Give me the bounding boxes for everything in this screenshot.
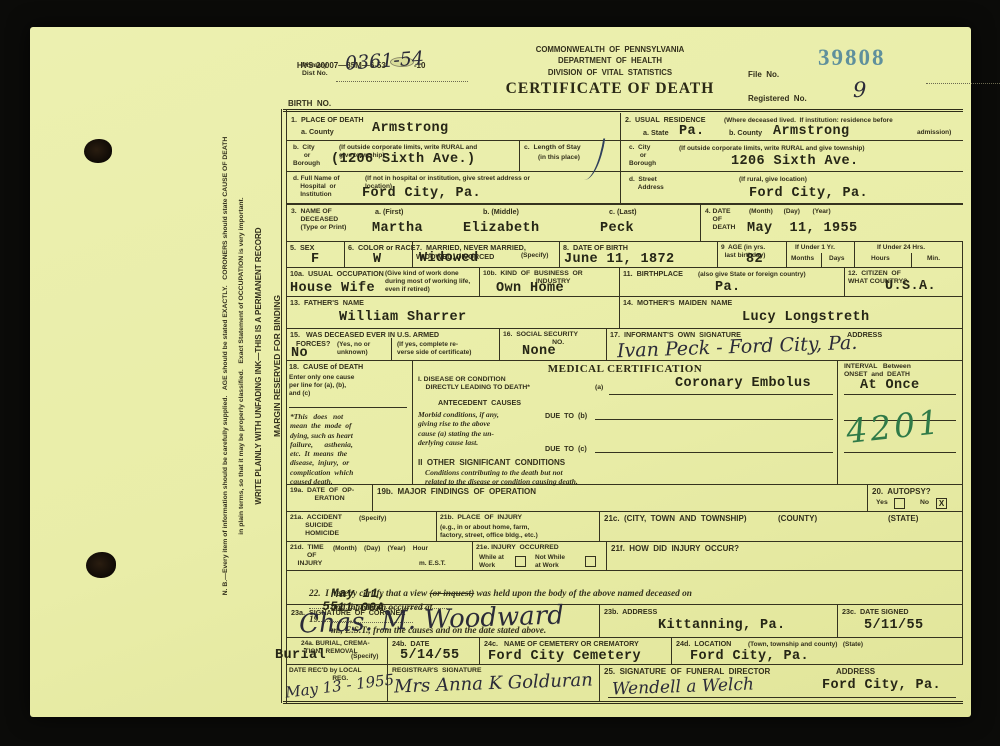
field-coroner-signature: 23a. SIGNATURE OF CORONER Chas. M. Woodw…: [287, 605, 600, 638]
s1-hospital-label: d. Full Name of Hospital or Institution: [293, 175, 340, 198]
left-border-outer: [281, 109, 282, 703]
autopsy-yes-checkbox: [894, 498, 905, 509]
file-no-line: [926, 74, 1000, 84]
s15-note2: (If yes, complete re- verse side of cert…: [397, 341, 471, 357]
s4-cols: (Month) (Day) (Year): [749, 208, 831, 216]
injury-while-at-work-checkbox: [515, 556, 526, 567]
s15-note1: (Yes, no or unknown): [337, 341, 370, 357]
s25-address-label: ADDRESS: [836, 667, 875, 677]
s3-last-label: c. (Last): [609, 208, 637, 217]
s12-value: U.S.A.: [885, 279, 936, 294]
header-rule: [283, 109, 963, 112]
s9-value: 82: [746, 252, 763, 267]
registered-no-label: Registered No.: [748, 94, 807, 104]
field-cause-of-death-margin: 18. CAUSE of DEATH Enter only one cause …: [287, 361, 413, 485]
s2-street-label: d. Street Address: [629, 176, 664, 192]
s21f-label: 21f. HOW DID INJURY OCCUR?: [611, 544, 739, 554]
s14-value: Lucy Longstreth: [742, 310, 870, 325]
s21b-label: 21b. PLACE OF INJURY: [440, 514, 522, 522]
field-citizen-of: 12. CITIZEN OF WHAT COUNTRY? U.S.A.: [845, 268, 963, 297]
field-registrar-signature: REGISTRAR'S SIGNATURE Mrs Anna K Goldura…: [388, 665, 600, 701]
s1-county-label: a. County: [301, 128, 334, 137]
field-date-of-birth: 8. DATE OF BIRTH June 11, 1872: [560, 242, 718, 268]
med-a-tag: (a): [595, 384, 603, 392]
s24b-value: 5/14/55: [400, 648, 460, 663]
s2-city-note: (If outside corporate limits, write RURA…: [679, 145, 865, 153]
s24d-label: 24d. LOCATION: [676, 640, 731, 649]
s20-label: 20. AUTOPSY?: [872, 487, 931, 497]
field-date-of-death: 4. DATE OF DEATH (Month) (Day) (Year) Ma…: [700, 205, 963, 242]
field-major-findings: 19b. MAJOR FINDINGS OF OPERATION: [373, 485, 868, 512]
s21d-cols: (Month) (Day) (Year) Hour: [333, 545, 428, 553]
s9u1-months: Months: [791, 255, 814, 263]
med-morbid-note: Morbid conditions, if any, giving rise t…: [418, 410, 499, 447]
s2-state-label: a. State: [643, 129, 669, 138]
field-birthplace: 11. BIRTHPLACE (also give State or forei…: [620, 268, 845, 297]
punch-hole-top: [84, 139, 112, 163]
binding-margin-notes: N. B.—Every item of information should b…: [222, 28, 282, 704]
field-residence-city: c. City or Borough (If outside corporate…: [620, 141, 963, 172]
s18-footnote: *This does not mean the mode of dying, s…: [290, 412, 353, 486]
s21e-notwhile-label: Not While at Work: [535, 554, 565, 570]
margin-note-nb1: N. B.—Every item of information should b…: [222, 137, 229, 596]
s10a-note: (Give kind of work done during most of w…: [385, 270, 477, 293]
s19b-label: 19b. MAJOR FINDINGS OF OPERATION: [377, 487, 536, 497]
s9u24-hours: Hours: [871, 255, 890, 263]
s21b-note: (e.g., in or about home, farm, factory, …: [440, 524, 538, 540]
med-due-b-label: DUE TO (b): [545, 412, 587, 421]
s23b-label: 23b. ADDRESS: [604, 608, 657, 617]
s10a-label: 10a. USUAL OCCUPATION: [290, 270, 384, 279]
scanned-death-certificate: N. B.—Every item of information should b…: [0, 0, 1000, 746]
s11-value: Pa.: [715, 280, 741, 295]
s2-county-label: b. County: [729, 129, 762, 138]
field-fathers-name: 13. FATHER'S NAME William Sharrer: [287, 297, 620, 329]
field-length-of-stay: c. Length of Stay (in this place): [520, 141, 620, 172]
s2-city-label: c. City or Borough: [629, 144, 656, 167]
s13-label: 13. FATHER'S NAME: [290, 299, 364, 308]
field-usual-occupation: 10a. USUAL OCCUPATION (Give kind of work…: [287, 268, 480, 297]
med-a-value: Coronary Embolus: [675, 376, 811, 391]
s9u1-days: Days: [829, 255, 845, 263]
s15-value: No: [291, 346, 308, 361]
s25-signature: Wendell a Welch: [612, 675, 755, 700]
field-how-did-injury-occur: 21f. HOW DID INJURY OCCUR?: [607, 542, 963, 571]
s23c-value: 5/11/55: [864, 618, 924, 633]
injury-not-while-at-work-checkbox: [585, 556, 596, 567]
field-cemetery-name: 24c. NAME OF CEMETERY OR CREMATORY Ford …: [480, 638, 672, 665]
s23c-label: 23c. DATE SIGNED: [842, 608, 909, 617]
masthead-center: COMMONWEALTH OF PENNSYLVANIA DEPARTMENT …: [465, 45, 755, 98]
med-title: MEDICAL CERTIFICATION: [413, 363, 837, 375]
field-accident-suicide-homicide: 21a. ACCIDENT SUICIDE HOMICIDE (Specify): [287, 512, 437, 542]
s2-note2: admission): [917, 129, 951, 137]
field-injury-occurred: 21e. INJURY OCCURRED While at Work Not W…: [473, 542, 607, 571]
commonwealth-line: COMMONWEALTH OF PENNSYLVANIA: [465, 45, 755, 54]
med-ii-label: II OTHER SIGNIFICANT CONDITIONS: [418, 458, 565, 468]
department-line: DEPARTMENT OF HEALTH: [465, 56, 755, 65]
field-date-signed: 23c. DATE SIGNED 5/11/55: [838, 605, 963, 638]
s2-street-note: (If rural, give location): [739, 176, 807, 184]
punch-hole-bottom: [86, 552, 116, 578]
s2-city-value: 1206 Sixth Ave.: [731, 154, 859, 169]
s24d-value: Ford City, Pa.: [690, 649, 809, 664]
med-ii-note: Conditions contributing to the death but…: [425, 468, 578, 487]
s4-label: 4. DATE OF DEATH: [705, 208, 735, 232]
med-antecedent-label: ANTECEDENT CAUSES: [438, 399, 521, 408]
field-place-of-injury: 21b. PLACE OF INJURY (e.g., in or about …: [437, 512, 600, 542]
s19a-label: 19a. DATE OF OP- ERATION: [290, 487, 354, 503]
med-due-c-label: DUE TO (c): [545, 445, 587, 454]
margin-note-nb2: in plain terms, so that it may be proper…: [238, 197, 245, 534]
s24d-note: (Town, township and county) (State): [748, 641, 863, 649]
s2-county-value: Armstrong: [773, 124, 850, 139]
field-hospital-name: d. Full Name of Hospital or Institution …: [287, 172, 620, 205]
field-place-of-death: 1. PLACE OF DEATH a. County Armstrong: [287, 113, 620, 141]
s1-label: 1. PLACE OF DEATH: [291, 116, 364, 125]
s24a-note: (Specify): [351, 653, 378, 661]
file-no-label: File No.: [748, 70, 779, 80]
field-cemetery-location: 24d. LOCATION (Town, township and county…: [672, 638, 963, 665]
s24c-label: 24c. NAME OF CEMETERY OR CREMATORY: [484, 640, 639, 649]
s1-stay-label: c. Length of Stay: [524, 144, 581, 152]
s7-value: Widowed: [419, 251, 479, 266]
s20-no-label: No: [920, 499, 929, 507]
field-street-address: d. Street Address (If rural, give locati…: [620, 172, 963, 205]
field-coroner-address: 23b. ADDRESS Kittanning, Pa.: [600, 605, 838, 638]
s1-city-label: b. City or Borough: [293, 144, 320, 167]
s16-value: None: [522, 344, 556, 359]
field-interval-column: INTERVAL Between ONSET and DEATH At Once…: [838, 361, 963, 485]
med-code-handwritten: 4201: [844, 402, 944, 451]
field-autopsy: 20. AUTOPSY? Yes No X: [868, 485, 963, 512]
file-number-stamp: 39808: [818, 45, 886, 71]
field-under-24hrs: If Under 24 Hrs. Hours Min.: [855, 242, 963, 268]
s24c-value: Ford City Cemetery: [488, 649, 641, 664]
field-marital-status: 7. MARRIED, NEVER MARRIED, WIDOWED, DIVO…: [413, 242, 560, 268]
s14-label: 14. MOTHER'S MAIDEN NAME: [623, 299, 732, 308]
s1-hospital-value: Ford City, Pa.: [362, 186, 481, 201]
field-mothers-maiden-name: 14. MOTHER'S MAIDEN NAME Lucy Longstreth: [620, 297, 963, 329]
registered-no-value: 9: [853, 78, 866, 102]
field-color-or-race: 6. COLOR or RACE W: [345, 242, 413, 268]
s8-value: June 11, 1872: [564, 252, 675, 267]
field-burial-removal: 24a. BURIAL, CREMA- TION, REMOVAL (Speci…: [287, 638, 388, 665]
s4-value: May 11, 1955: [747, 221, 858, 236]
s21e-label: 21e. INJURY OCCURRED: [476, 544, 559, 552]
field-funeral-director: 25. SIGNATURE OF FUNERAL DIRECTOR ADDRES…: [600, 665, 963, 701]
field-certify-statement: 22. I hereby certify that a view (or inq…: [287, 571, 963, 605]
med-interval-label: INTERVAL Between ONSET and DEATH: [844, 363, 911, 379]
s3-first-value: Martha: [372, 221, 423, 236]
s9u1-label: If Under 1 Yr.: [795, 244, 835, 252]
s10a-value: House Wife: [290, 281, 375, 296]
primary-dist-label: Primary Dist No.: [302, 62, 328, 78]
s6-value: W: [373, 252, 382, 267]
s23b-value: Kittanning, Pa.: [658, 618, 786, 633]
field-date-of-operation: 19a. DATE OF OP- ERATION: [287, 485, 373, 512]
s21a-note: (Specify): [359, 515, 386, 523]
s21e-while-label: While at Work: [479, 554, 504, 570]
field-medical-certification: MEDICAL CERTIFICATION I. DISEASE OR COND…: [413, 361, 838, 485]
s7-note: (Specify): [521, 252, 548, 260]
s10b-value: Own Home: [496, 281, 564, 296]
s20-yes-label: Yes: [876, 499, 888, 507]
s13-value: William Sharrer: [339, 310, 467, 325]
field-social-security: 16. SOCIAL SECURITY NO. None: [500, 329, 607, 361]
s21c-label: 21c. (CITY, TOWN AND TOWNSHIP): [604, 514, 747, 524]
s9u24-label: If Under 24 Hrs.: [877, 244, 925, 252]
margin-note-write-plainly: WRITE PLAINLY WITH UNFADING INK—THIS IS …: [254, 227, 263, 504]
s2-state-value: Pa.: [679, 124, 705, 139]
field-kind-of-business: 10b. KIND OF BUSINESS OR INDUSTRY Own Ho…: [480, 268, 620, 297]
med-interval-value: At Once: [860, 378, 920, 393]
certificate-title: CERTIFICATE OF DEATH: [465, 80, 755, 98]
s25-address-value: Ford City, Pa.: [822, 678, 941, 693]
s3-last-value: Peck: [600, 221, 634, 236]
field-city-or-borough: b. City or Borough (If outside corporate…: [287, 141, 520, 172]
s24a-value: Burial: [275, 648, 326, 663]
field-usual-residence: 2. USUAL RESIDENCE (Where deceased lived…: [620, 113, 963, 141]
s3-label: 3. NAME OF DECEASED (Type or Print): [291, 208, 346, 232]
s11-note: (also give State or foreign country): [698, 271, 806, 279]
field-injury-city-town: 21c. (CITY, TOWN AND TOWNSHIP) (COUNTY) …: [600, 512, 963, 542]
field-time-of-injury: 21d. TIME OF INJURY (Month) (Day) (Year)…: [287, 542, 473, 571]
s3-first-label: a. (First): [375, 208, 403, 217]
s2-street-value: Ford City, Pa.: [749, 186, 868, 201]
field-date-received: DATE REC'D by LOCAL REG. May 13 - 1955: [287, 665, 388, 701]
field-informant-signature: 17. INFORMANT'S OWN SIGNATURE ADDRESS Iv…: [607, 329, 963, 361]
s5-value: F: [311, 252, 320, 267]
field-burial-date: 24b. DATE 5/14/55: [388, 638, 480, 665]
birth-no-label: BIRTH NO.: [288, 99, 331, 109]
s21c-county-label: (COUNTY): [778, 514, 817, 524]
s23a-signature: Chas. M. Woodward: [299, 600, 565, 639]
s1-stay-note: (in this place): [538, 154, 580, 162]
s21d-est: m. E.S.T.: [419, 560, 446, 568]
field-name-of-deceased: 3. NAME OF DECEASED (Type or Print) a. (…: [287, 205, 700, 242]
s3-middle-label: b. (Middle): [483, 208, 519, 217]
field-sex: 5. SEX F: [287, 242, 345, 268]
s18-label: 18. CAUSE of DEATH: [289, 363, 363, 372]
field-armed-forces: 15. WAS DECEASED EVER IN U.S. ARMED FORC…: [287, 329, 500, 361]
field-under-1yr: If Under 1 Yr. Months Days: [787, 242, 855, 268]
s21c-state-label: (STATE): [888, 514, 918, 524]
autopsy-no-checkbox: X: [936, 498, 947, 509]
field-age: 9 AGE (in yrs. last birthday) 82: [718, 242, 787, 268]
s21d-label: 21d. TIME OF INJURY: [290, 544, 324, 568]
s9u24-min: Min.: [927, 255, 940, 263]
med-i-label: I. DISEASE OR CONDITION DIRECTLY LEADING…: [418, 376, 530, 392]
division-line: DIVISION OF VITAL STATISTICS: [465, 68, 755, 77]
s18-note: Enter only one cause per line for (a), (…: [289, 374, 354, 397]
s21a-label: 21a. ACCIDENT SUICIDE HOMICIDE: [290, 514, 342, 538]
s1-city-value: (1206 Sixth Ave.): [331, 152, 476, 167]
s3-middle-value: Elizabeth: [463, 221, 540, 236]
s11-label: 11. BIRTHPLACE: [623, 270, 683, 279]
bottom-rule: [283, 701, 963, 704]
s1-county-value: Armstrong: [372, 121, 449, 136]
